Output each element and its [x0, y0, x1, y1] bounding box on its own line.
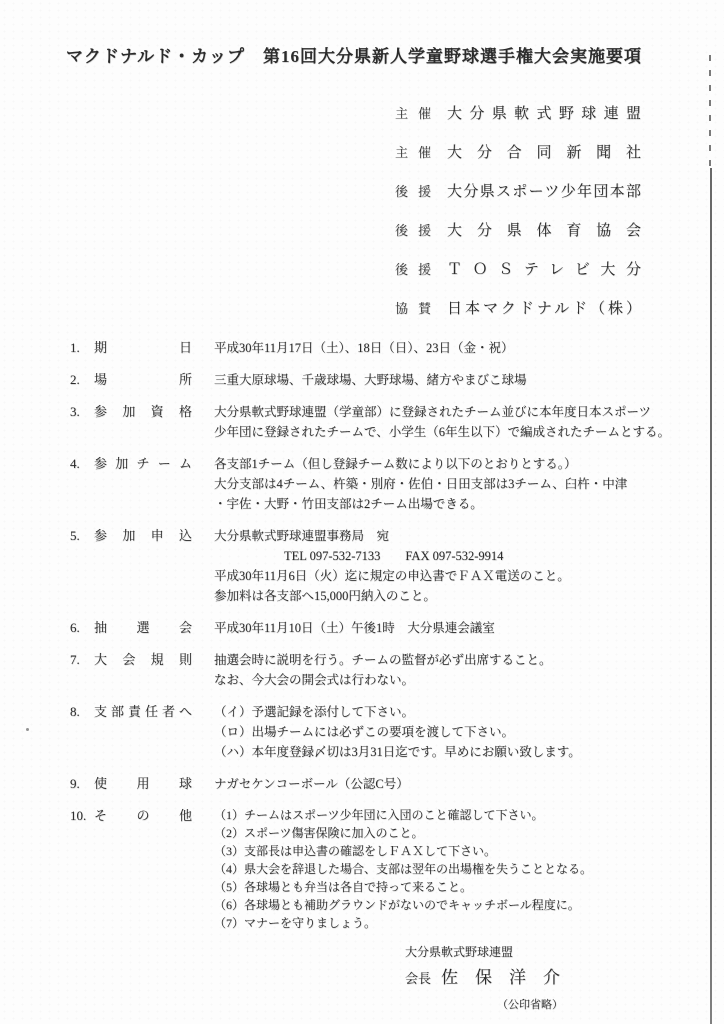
clause-body: 大分県軟式野球連盟事務局 宛TEL 097-532-7133 FAX 097-5… [214, 526, 684, 606]
clause-number: 9. [70, 774, 94, 794]
clause-item: 5. 参加申込 大分県軟式野球連盟事務局 宛TEL 097-532-7133 F… [70, 526, 724, 606]
clause-number: 5. [70, 526, 94, 606]
sponsor-role-label: 協賛 [395, 299, 431, 319]
clause-line: ナガセケンコーボール（公認C号） [214, 774, 684, 794]
sponsor-name: 日本マクドナルド（株） [447, 299, 641, 319]
signature-president: 会長佐 保 洋 介 [405, 967, 724, 990]
official-seal-omitted-note: （公印省略） [497, 996, 724, 1012]
clause-line: （1）チームはスポーツ少年団に入団のこと確認して下さい。 [214, 806, 684, 824]
sponsor-role-label: 後援 [395, 260, 431, 280]
sponsor-row: 後援 ＴＯＳテレビ大分 [395, 260, 724, 280]
clause-number: 3. [70, 402, 94, 442]
sponsor-name: 大分合同新聞社 [447, 143, 641, 163]
sponsor-name: 大分県体育協会 [447, 221, 641, 241]
clause-body: 各支部1チーム（但し登録チーム数により以下のとおりとする。）大分支部は4チーム、… [214, 454, 684, 514]
president-name: 佐 保 洋 介 [441, 968, 560, 987]
clause-item: 4. 参加チーム 各支部1チーム（但し登録チーム数により以下のとおりとする。）大… [70, 454, 724, 514]
clause-line: （6）各球場とも補助グラウンドがないのでキャッチボール程度に。 [214, 896, 684, 914]
clause-body: 大分県軟式野球連盟（学童部）に登録されたチーム並びに本年度日本スポーツ少年団に登… [214, 402, 684, 442]
sponsor-name: 大分県軟式野球連盟 [447, 104, 641, 124]
clause-line: （7）マナーを守りましょう。 [214, 914, 684, 932]
clause-line: なお、今大会の開会式は行わない。 [214, 670, 684, 690]
clause-label: 場所 [94, 370, 192, 390]
clause-number: 7. [70, 650, 94, 690]
clause-label: 使用球 [94, 774, 192, 794]
clause-line: （4）県大会を辞退した場合、支部は翌年の出場権を失うこととなる。 [214, 860, 684, 878]
scan-speck-artifact [26, 728, 29, 731]
clause-number: 1. [70, 338, 94, 358]
clause-body: （イ）予選記録を添付して下さい。（ロ）出場チームには必ずこの要項を渡して下さい。… [214, 702, 684, 762]
scan-edge-line-artifact [710, 168, 712, 1024]
sponsor-role-label: 主催 [395, 104, 431, 124]
clause-item: 9. 使用球 ナガセケンコーボール（公認C号） [70, 774, 724, 794]
clause-item: 6. 抽選会 平成30年11月10日（土）午後1時 大分県連会議室 [70, 618, 724, 638]
clause-line: （3）支部長は申込書の確認をしＦＡＸして下さい。 [214, 842, 684, 860]
sponsor-name: 大分県スポーツ少年団本部 [447, 182, 641, 202]
signature-organization: 大分県軟式野球連盟 [405, 944, 724, 960]
sponsor-role-label: 後援 [395, 182, 431, 202]
clause-number: 2. [70, 370, 94, 390]
clause-line: （2）スポーツ傷害保険に加入のこと。 [214, 824, 684, 842]
clause-body: ナガセケンコーボール（公認C号） [214, 774, 684, 794]
sponsor-row: 後援 大分県体育協会 [395, 221, 724, 241]
clause-line: 抽選会時に説明を行う。チームの監督が必ず出席すること。 [214, 650, 684, 670]
clause-number: 10. [70, 806, 94, 932]
clause-body: 三重大原球場、千歳球場、大野球場、緒方やまびこ球場 [214, 370, 684, 390]
clause-item: 10. その他 （1）チームはスポーツ少年団に入団のこと確認して下さい。（2）ス… [70, 806, 724, 932]
clause-line: 平成30年11月10日（土）午後1時 大分県連会議室 [214, 618, 684, 638]
clause-line: TEL 097-532-7133 FAX 097-532-9914 [284, 546, 684, 566]
sponsor-role-label: 主催 [395, 143, 431, 163]
clause-label: その他 [94, 806, 192, 932]
sponsor-block: 主催 大分県軟式野球連盟 主催 大分合同新聞社 後援 大分県スポーツ少年団本部 … [395, 104, 724, 319]
clause-line: （ハ）本年度登録〆切は3月31日迄です。早めにお願い致します。 [214, 742, 684, 762]
clause-label: 期日 [94, 338, 192, 358]
clause-number: 4. [70, 454, 94, 514]
sponsor-role-label: 後援 [395, 221, 431, 241]
clause-list: 1. 期日 平成30年11月17日（土）、18日（日）、23日（金・祝） 2. … [70, 338, 724, 932]
clause-item: 1. 期日 平成30年11月17日（土）、18日（日）、23日（金・祝） [70, 338, 724, 358]
clause-number: 6. [70, 618, 94, 638]
clause-label: 参加申込 [94, 526, 192, 606]
clause-label: 参加チーム [94, 454, 192, 514]
clause-line: 大分県軟式野球連盟事務局 宛 [214, 526, 684, 546]
clause-item: 2. 場所 三重大原球場、千歳球場、大野球場、緒方やまびこ球場 [70, 370, 724, 390]
sponsor-row: 後援 大分県スポーツ少年団本部 [395, 182, 724, 202]
clause-line: （イ）予選記録を添付して下さい。 [214, 702, 684, 722]
clause-label: 大会規則 [94, 650, 192, 690]
sponsor-row: 協賛 日本マクドナルド（株） [395, 299, 724, 319]
sponsor-row: 主催 大分合同新聞社 [395, 143, 724, 163]
clause-number: 8. [70, 702, 94, 762]
clause-line: 大分支部は4チーム、杵築・別府・佐伯・日田支部は3チーム、臼杵・中津 [214, 474, 684, 494]
clause-line: ・宇佐・大野・竹田支部は2チーム出場できる。 [214, 494, 684, 514]
signature-block: 大分県軟式野球連盟 会長佐 保 洋 介 （公印省略） [405, 944, 724, 1012]
scan-edge-dashes-artifact [709, 55, 711, 167]
clause-line: （ロ）出場チームには必ずこの要項を渡して下さい。 [214, 722, 684, 742]
clause-line: 平成30年11月17日（土）、18日（日）、23日（金・祝） [214, 338, 684, 358]
clause-body: 平成30年11月10日（土）午後1時 大分県連会議室 [214, 618, 684, 638]
clause-line: （5）各球場とも弁当は各自で持って来ること。 [214, 878, 684, 896]
clause-line: 三重大原球場、千歳球場、大野球場、緒方やまびこ球場 [214, 370, 684, 390]
clause-label: 支部責任者へ [94, 702, 192, 762]
scanned-document-page: マクドナルド・カップ 第16回大分県新人学童野球選手権大会実施要項 主催 大分県… [0, 0, 724, 1024]
president-role-label: 会長 [405, 971, 431, 986]
clause-line: 少年団に登録されたチームで、小学生（6年生以下）で編成されたチームとする。 [214, 422, 684, 442]
clause-item: 7. 大会規則 抽選会時に説明を行う。チームの監督が必ず出席すること。なお、今大… [70, 650, 724, 690]
clause-line: 平成30年11月6日（火）迄に規定の申込書でＦＡＸ電送のこと。 [214, 566, 684, 586]
clause-label: 抽選会 [94, 618, 192, 638]
clause-item: 8. 支部責任者へ （イ）予選記録を添付して下さい。（ロ）出場チームには必ずこの… [70, 702, 724, 762]
sponsor-name: ＴＯＳテレビ大分 [447, 260, 641, 280]
clause-body: 平成30年11月17日（土）、18日（日）、23日（金・祝） [214, 338, 684, 358]
sponsor-row: 主催 大分県軟式野球連盟 [395, 104, 724, 124]
clause-line: 大分県軟式野球連盟（学童部）に登録されたチーム並びに本年度日本スポーツ [214, 402, 684, 422]
clause-line: 各支部1チーム（但し登録チーム数により以下のとおりとする。） [214, 454, 684, 474]
clause-item: 3. 参加資格 大分県軟式野球連盟（学童部）に登録されたチーム並びに本年度日本ス… [70, 402, 724, 442]
document-title: マクドナルド・カップ 第16回大分県新人学童野球選手権大会実施要項 [34, 46, 674, 68]
clause-label: 参加資格 [94, 402, 192, 442]
clause-body: （1）チームはスポーツ少年団に入団のこと確認して下さい。（2）スポーツ傷害保険に… [214, 806, 684, 932]
clause-line: 参加料は各支部へ15,000円納入のこと。 [214, 586, 684, 606]
clause-body: 抽選会時に説明を行う。チームの監督が必ず出席すること。なお、今大会の開会式は行わ… [214, 650, 684, 690]
